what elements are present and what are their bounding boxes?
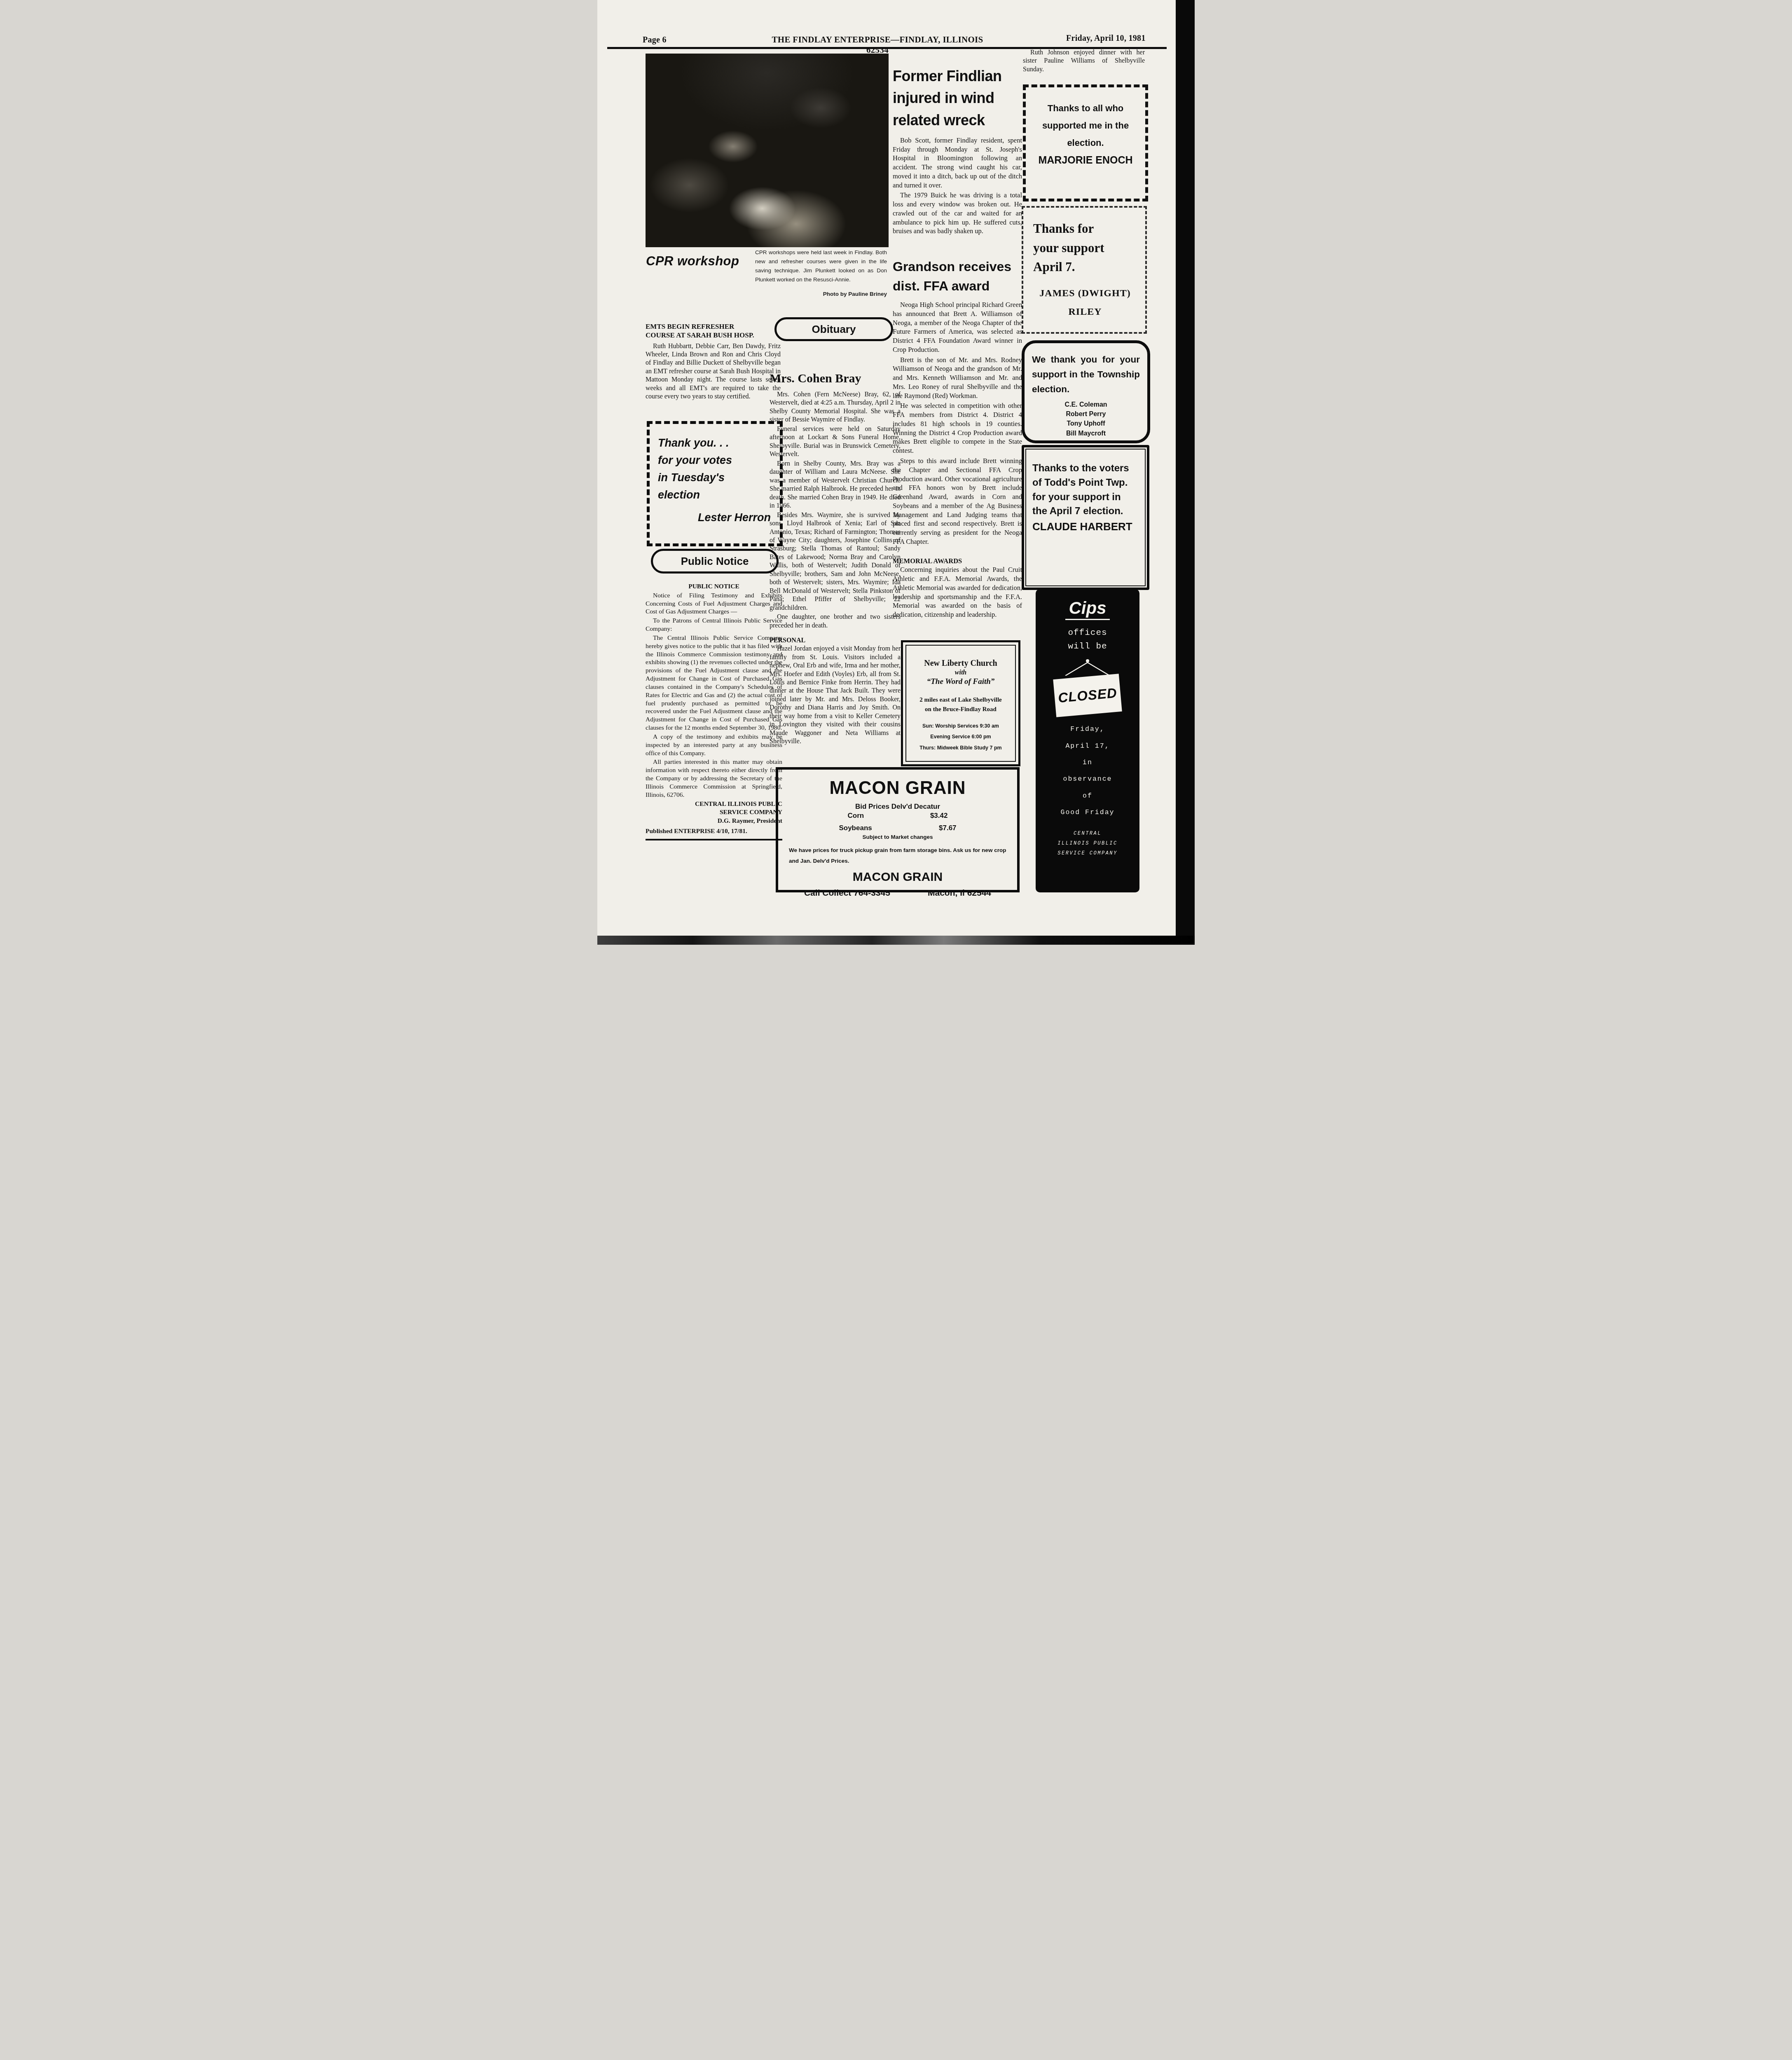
obituary-paragraph: One daughter, one brother and two sister…	[770, 613, 901, 630]
scan-edge-right	[1176, 0, 1195, 945]
wreck-headline: Former Findlian injured in wind related …	[893, 65, 1022, 131]
public-notice-published: Published ENTERPRISE 4/10, 17/81.	[646, 827, 782, 836]
public-notice-paragraph: Notice of Filing Testimony and Exhibits …	[646, 592, 782, 616]
macon-commodity: Soybeans	[839, 824, 872, 832]
public-notice-paragraph: All parties interested in this matter ma…	[646, 758, 782, 799]
riley-line: your support	[1033, 239, 1137, 258]
riley-name: JAMES (DWIGHT) RILEY	[1033, 284, 1137, 322]
riley-thank-you-ad: Thanks for your support April 7. JAMES (…	[1022, 206, 1147, 334]
macon-subtitle: Bid Prices Delv'd Decatur	[789, 803, 1006, 811]
enoch-name: MARJORIE ENOCH	[1033, 154, 1138, 166]
signoff-president: D.G. Raymer, President	[646, 817, 782, 826]
cips-date-line: of	[1036, 788, 1139, 804]
macon-city: Macon, Il 62544	[928, 888, 991, 898]
enoch-thank-you-ad: Thanks to all who supported me in the el…	[1023, 84, 1148, 201]
todds-line: Thanks to the voters	[1032, 461, 1140, 476]
issue-date: Friday, April 10, 1981	[1066, 34, 1157, 43]
ruth-note-text: Ruth Johnson enjoyed dinner with her sis…	[1023, 49, 1145, 74]
todds-name: CLAUDE HARBERT	[1032, 520, 1140, 533]
herron-line: for your votes	[658, 452, 774, 469]
closed-sign-text: CLOSED	[1057, 685, 1118, 706]
church-location-line1: 2 miles east of Lake Shelbyville	[909, 695, 1013, 705]
obituary-paragraph: Mrs. Cohen (Fern McNeese) Bray, 62, of W…	[770, 391, 901, 424]
cips-logo: Cips	[1065, 598, 1109, 620]
herron-signature: Lester Herron	[658, 509, 774, 527]
public-notice-signoff: CENTRAL ILLINOIS PUBLIC SERVICE COMPANY …	[646, 800, 782, 826]
cips-date-lines: Friday, April 17, in observance of Good …	[1036, 721, 1139, 821]
township-name: Tony Uphoff	[1032, 419, 1140, 428]
cips-date-line: Good Friday	[1036, 804, 1139, 821]
cips-company-name: CENTRAL ILLINOIS PUBLIC SERVICE COMPANY	[1036, 829, 1139, 858]
public-notice-paragraph: A copy of the testimony and exhibits may…	[646, 733, 782, 757]
macon-commodity: Corn	[848, 812, 864, 820]
emts-story: EMTS BEGIN REFRESHER COURSE AT SARAH BUS…	[646, 322, 781, 402]
public-notice-bottom-rule	[646, 839, 782, 840]
public-notice-body: PUBLIC NOTICE Notice of Filing Testimony…	[646, 583, 782, 840]
cips-line2: will be	[1036, 640, 1139, 654]
macon-price: $7.67	[939, 824, 957, 832]
closed-sign: CLOSED	[1053, 674, 1122, 717]
obituary-paragraph: Funeral services were held on Saturday a…	[770, 425, 901, 459]
macon-title-2: MACON GRAIN	[789, 870, 1006, 884]
obituary-box-title: Obituary	[774, 317, 893, 341]
cips-date-line: observance	[1036, 771, 1139, 787]
obituary-name: Mrs. Cohen Bray	[770, 372, 901, 386]
ffa-headline: Grandson receives dist. FFA award	[893, 257, 1022, 295]
cips-line1: offices	[1036, 627, 1139, 640]
macon-body: We have prices for truck pickup grain fr…	[789, 845, 1006, 866]
herron-line: Thank you. . .	[658, 435, 774, 452]
riley-name-line1: JAMES (DWIGHT)	[1033, 284, 1137, 303]
emts-body: Ruth Hubbartt, Debbie Carr, Ben Dawdy, F…	[646, 342, 781, 401]
obituary-paragraph: Besides Mrs. Waymire, she is survived by…	[770, 511, 901, 613]
church-ad: New Liberty Church with “The Word of Fai…	[901, 640, 1020, 766]
photo-caption-block: CPR workshops were held last week in Fin…	[755, 248, 887, 299]
cpr-workshop-photo	[646, 54, 889, 247]
public-notice-box-title: Public Notice	[651, 549, 779, 574]
herron-line: election	[658, 487, 774, 504]
todds-point-thank-you-ad: Thanks to the voters of Todd's Point Twp…	[1022, 445, 1149, 590]
ffa-paragraph: Neoga High School principal Richard Gree…	[893, 300, 1022, 354]
personal-title: PERSONAL	[770, 637, 901, 645]
memorial-body: Concerning inquiries about the Paul Crui…	[893, 565, 1022, 619]
signoff-company-line2: SERVICE COMPANY	[646, 808, 782, 817]
township-name: Bill Maycroft	[1032, 429, 1140, 438]
column-3: Former Findlian injured in wind related …	[893, 65, 1022, 620]
church-schedule-item: Sun: Worship Services 9:30 am	[909, 721, 1013, 731]
herron-line: in Tuesday's	[658, 469, 774, 487]
todds-line: of Todd's Point Twp.	[1032, 476, 1140, 490]
wreck-paragraph: The 1979 Buick he was driving is a total…	[893, 191, 1022, 236]
macon-price-row: Corn $3.42	[848, 812, 948, 820]
cips-company-line: SERVICE COMPANY	[1036, 848, 1139, 858]
personal-body: Hazel Jordan enjoyed a visit Monday from…	[770, 645, 901, 746]
church-schedule: Sun: Worship Services 9:30 am Evening Se…	[909, 721, 1013, 753]
church-location: 2 miles east of Lake Shelbyville on the …	[909, 695, 1013, 714]
cips-company-line: ILLINOIS PUBLIC	[1036, 838, 1139, 848]
ffa-paragraph: Steps to this award include Brett winnin…	[893, 456, 1022, 546]
riley-name-line2: RILEY	[1033, 303, 1137, 322]
public-notice-heading: PUBLIC NOTICE	[646, 583, 782, 591]
signoff-company-line1: CENTRAL ILLINOIS PUBLIC	[646, 800, 782, 809]
church-name: New Liberty Church	[909, 659, 1013, 668]
cips-company-line: CENTRAL	[1036, 829, 1139, 838]
cips-closed-ad: Cips offices will be CLOSED Friday, Apri…	[1036, 589, 1139, 892]
macon-price: $3.42	[930, 812, 948, 820]
paper-title: THE FINDLAY ENTERPRISE—FINDLAY, ILLINOIS…	[762, 35, 993, 55]
macon-title: MACON GRAIN	[789, 778, 1006, 798]
church-schedule-item: Thurs: Midweek Bible Study 7 pm	[909, 742, 1013, 753]
macon-phone: Call Collect 764-3345	[804, 888, 890, 898]
todds-line: the April 7 election.	[1032, 504, 1140, 519]
cips-date-line: in	[1036, 754, 1139, 771]
ffa-paragraph: He was selected in competition with othe…	[893, 401, 1022, 455]
church-location-line2: on the Bruce-Findlay Road	[909, 705, 1013, 714]
cips-date-line: Friday,	[1036, 721, 1139, 737]
riley-line: April 7.	[1033, 257, 1137, 277]
public-notice-paragraph: The Central Illinois Public Service Comp…	[646, 634, 782, 732]
todds-line: for your support in	[1032, 490, 1140, 505]
macon-note: Subject to Market changes	[789, 834, 1006, 840]
obituary-paragraph: Born in Shelby County, Mrs. Bray was a d…	[770, 460, 901, 510]
township-thank-you-ad: We thank you for your support in the Tow…	[1022, 340, 1150, 443]
township-name: Robert Perry	[1032, 410, 1140, 419]
emts-title-line2: COURSE AT SARAH BUSH HOSP.	[646, 331, 781, 339]
obituary-story: Mrs. Cohen Bray Mrs. Cohen (Fern McNeese…	[770, 372, 901, 747]
herron-thank-you-ad: Thank you. . . for your votes in Tuesday…	[647, 421, 783, 546]
cips-date-line: April 17,	[1036, 738, 1139, 754]
church-tagline: “The Word of Faith”	[909, 677, 1013, 686]
ffa-paragraph: Brett is the son of Mr. and Mrs. Rodney …	[893, 356, 1022, 400]
riley-line: Thanks for	[1033, 219, 1137, 239]
wreck-paragraph: Bob Scott, former Findlay resident, spen…	[893, 136, 1022, 190]
photo-caption: CPR workshops were held last week in Fin…	[755, 248, 887, 284]
township-names: C.E. Coleman Robert Perry Tony Uphoff Bi…	[1032, 400, 1140, 438]
township-name: C.E. Coleman	[1032, 400, 1140, 410]
township-message: We thank you for your support in the Tow…	[1032, 352, 1140, 397]
macon-price-row: Soybeans $7.67	[839, 824, 956, 832]
macon-contact-row: Call Collect 764-3345 Macon, Il 62544	[804, 888, 991, 898]
macon-grain-ad: MACON GRAIN Bid Prices Delv'd Decatur Co…	[776, 767, 1020, 892]
photo-credit: Photo by Pauline Briney	[755, 290, 887, 299]
public-notice-paragraph: To the Patrons of Central Illinois Publi…	[646, 617, 782, 633]
scan-edge-bottom	[597, 936, 1195, 945]
church-schedule-item: Evening Service 6:00 pm	[909, 731, 1013, 742]
page-number: Page 6	[643, 35, 667, 45]
photo-headline: CPR workshop	[646, 254, 739, 269]
emts-title-line1: EMTS BEGIN REFRESHER	[646, 322, 781, 331]
memorial-title: MEMORIAL AWARDS	[893, 557, 1022, 566]
newspaper-page: Page 6 THE FINDLAY ENTERPRISE—FINDLAY, I…	[597, 0, 1195, 945]
enoch-message: Thanks to all who supported me in the el…	[1033, 100, 1138, 151]
cips-offices-text: offices will be	[1036, 627, 1139, 653]
church-with: with	[909, 669, 1013, 677]
sign-cord-icon	[1059, 662, 1116, 676]
ruth-johnson-note: Ruth Johnson enjoyed dinner with her sis…	[1023, 49, 1145, 75]
